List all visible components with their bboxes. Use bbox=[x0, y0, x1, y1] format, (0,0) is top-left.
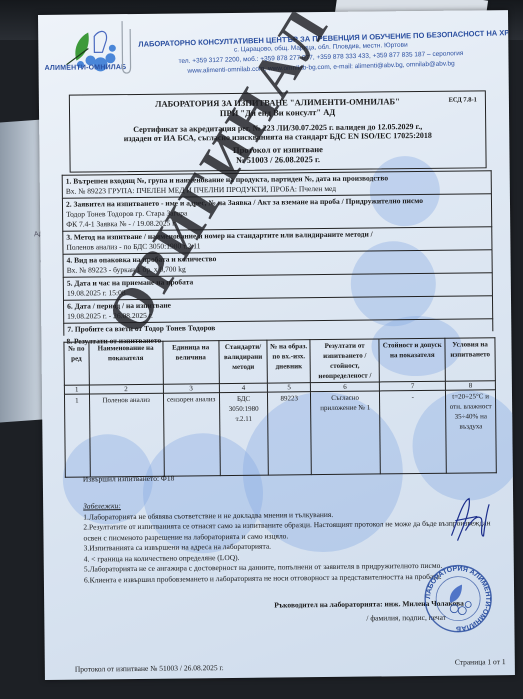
performed-by: Извършил изпитването: Ф18 bbox=[83, 474, 175, 484]
table-cell: Поленов анализ bbox=[89, 393, 164, 477]
signature-icon bbox=[443, 490, 494, 551]
footer-page-number: Страница 1 от 1 bbox=[455, 657, 506, 667]
results-table: № по ред Наименование на показателя Един… bbox=[63, 337, 496, 478]
doc-code: ЕСД 7.8-1 bbox=[449, 96, 477, 103]
table-cell: Съгласно приложение № 1 bbox=[310, 391, 380, 475]
column-header: Условия на изпитването bbox=[445, 338, 495, 382]
column-header: Резултати от изпитването / стойност, нео… bbox=[310, 339, 380, 383]
column-header: № по ред bbox=[64, 342, 89, 385]
column-header: Единица на величина bbox=[163, 341, 220, 385]
table-cell: сензорен анализ bbox=[163, 393, 220, 477]
lab-stamp-icon: ЛАБОРАТОРИЯ АЛИМЕНТИ-ОМНИЛАБ bbox=[422, 562, 495, 635]
column-header: № на образ. по вх.-изх. дневник bbox=[267, 340, 310, 383]
table-cell: - bbox=[380, 390, 447, 474]
section-2: 2. Заявител на изпитването - име и адрес… bbox=[62, 193, 492, 231]
table-cell: t=20÷25°C и отн. влажност 35÷40% на възд… bbox=[446, 390, 497, 474]
column-number: 1 bbox=[64, 385, 89, 394]
logo-text: АЛИМЕНТИ-ОМНИЛАБ bbox=[45, 64, 127, 72]
table-cell: 89223 bbox=[268, 392, 311, 475]
test-protocol-document: АЛИМЕНТИ-ОМНИЛАБ ЛАБОРАТОРНО КОНСУЛТАТИВ… bbox=[38, 10, 515, 680]
column-header: Наименование на показателя bbox=[89, 341, 163, 385]
column-header: Стойност и допуск на показателя bbox=[379, 338, 445, 382]
table-row: 1 Поленов анализ сензорен анализ БДС 305… bbox=[64, 390, 496, 478]
table-cell: БДС 3050:1980 т.2.11 bbox=[219, 392, 269, 476]
footer-protocol: Протокол от изпитване № 51003 / 26.08.20… bbox=[75, 663, 224, 674]
table-cell: 1 bbox=[64, 394, 89, 477]
results-header-row: № по ред Наименование на показателя Един… bbox=[64, 338, 495, 386]
column-header: Стандарти/ валидирани методи bbox=[219, 340, 268, 384]
paper-clip-icon bbox=[118, 17, 135, 77]
column-number: 5 bbox=[268, 383, 311, 392]
